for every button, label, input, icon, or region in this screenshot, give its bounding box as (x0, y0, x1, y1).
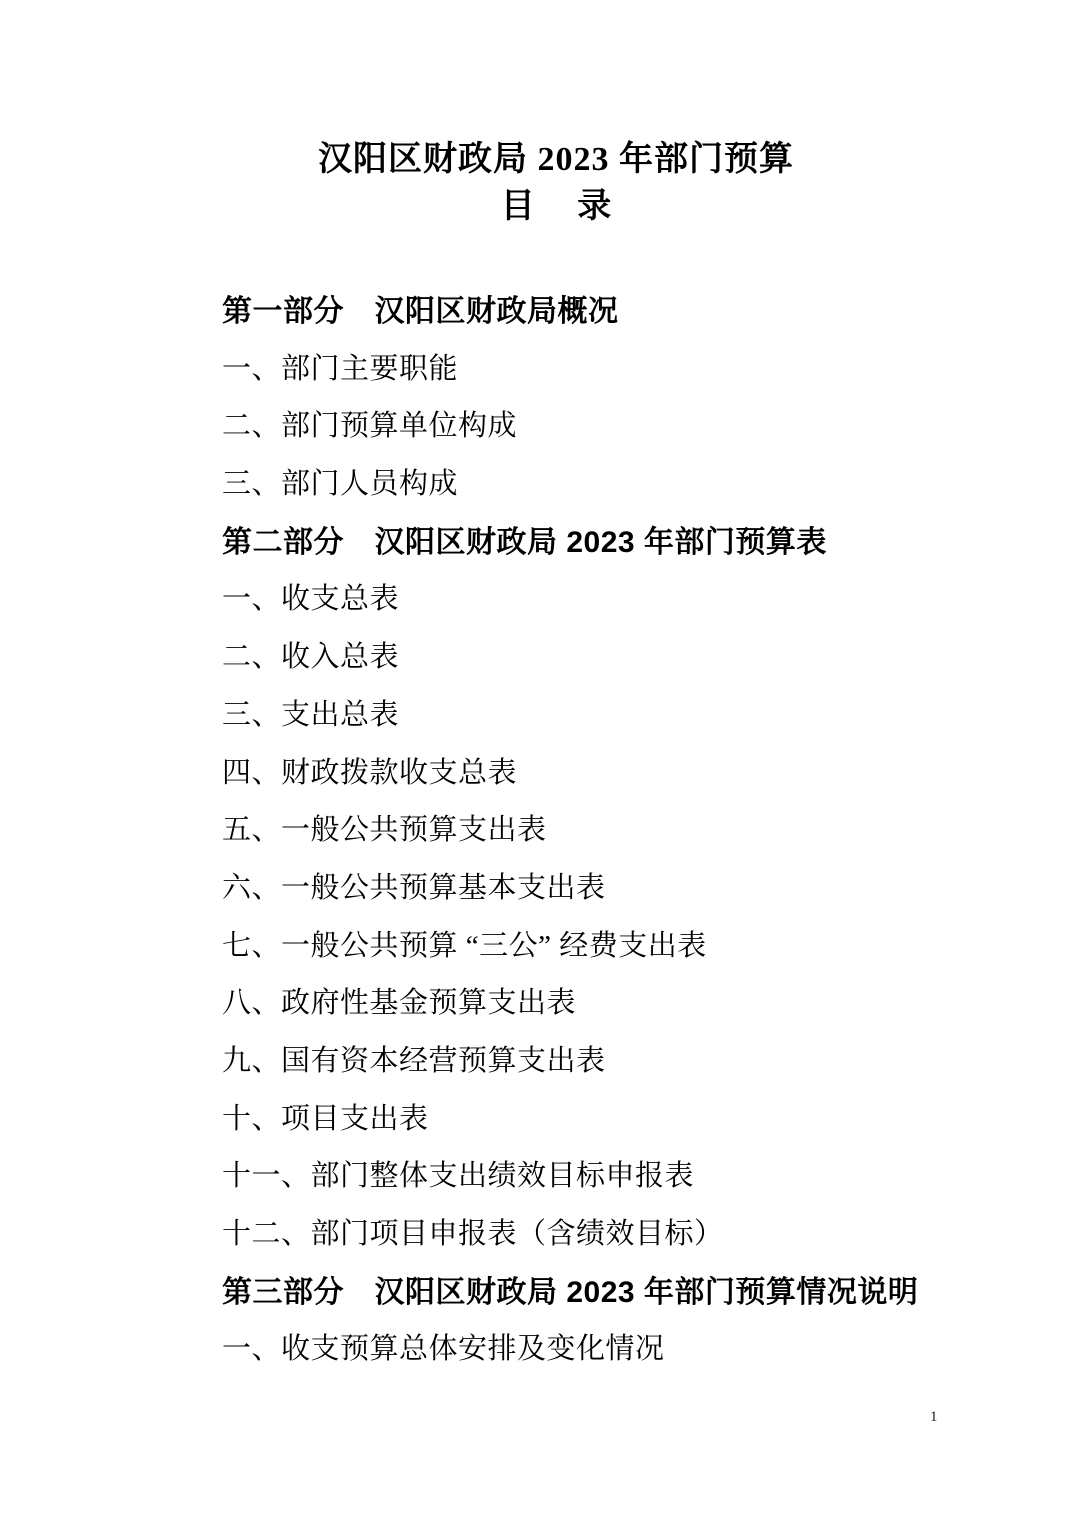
toc-entry: 三、部门人员构成 (222, 456, 1034, 514)
toc-section-part2: 第二部分 汉阳区财政局 2023 年部门预算表 (222, 514, 1034, 572)
toc-section-part1: 第一部分 汉阳区财政局概况 (222, 283, 1034, 341)
toc-heading: 目 录 (38, 183, 1074, 230)
toc-entry: 五、一般公共预算支出表 (222, 802, 1034, 860)
toc-entry: 十二、部门项目申报表（含绩效目标） (222, 1206, 1034, 1264)
toc-entry: 一、收支总表 (222, 571, 1034, 629)
toc-entry: 一、收支预算总体安排及变化情况 (222, 1321, 1034, 1379)
toc-entry: 十一、部门整体支出绩效目标申报表 (222, 1148, 1034, 1206)
toc-entry: 三、支出总表 (222, 687, 1034, 745)
toc-entry: 六、一般公共预算基本支出表 (222, 860, 1034, 918)
toc-entry: 九、国有资本经营预算支出表 (222, 1033, 1034, 1091)
toc-section-part3: 第三部分 汉阳区财政局 2023 年部门预算情况说明 (222, 1264, 1034, 1322)
toc-entry: 二、部门预算单位构成 (222, 398, 1034, 456)
document-page: 汉阳区财政局 2023 年部门预算 目 录 第一部分 汉阳区财政局概况 一、部门… (0, 0, 1074, 1520)
toc-entry: 十、项目支出表 (222, 1091, 1034, 1149)
document-title: 汉阳区财政局 2023 年部门预算 (38, 136, 1074, 183)
toc-entry: 一、部门主要职能 (222, 341, 1034, 399)
title-block: 汉阳区财政局 2023 年部门预算 目 录 (0, 136, 1074, 230)
toc-entry: 八、政府性基金预算支出表 (222, 975, 1034, 1033)
toc-entry: 七、一般公共预算 “三公” 经费支出表 (222, 918, 1034, 976)
table-of-contents: 第一部分 汉阳区财政局概况 一、部门主要职能 二、部门预算单位构成 三、部门人员… (222, 283, 1034, 1379)
toc-entry: 四、财政拨款收支总表 (222, 745, 1034, 803)
page-number: 1 (930, 1406, 938, 1428)
toc-entry: 二、收入总表 (222, 629, 1034, 687)
